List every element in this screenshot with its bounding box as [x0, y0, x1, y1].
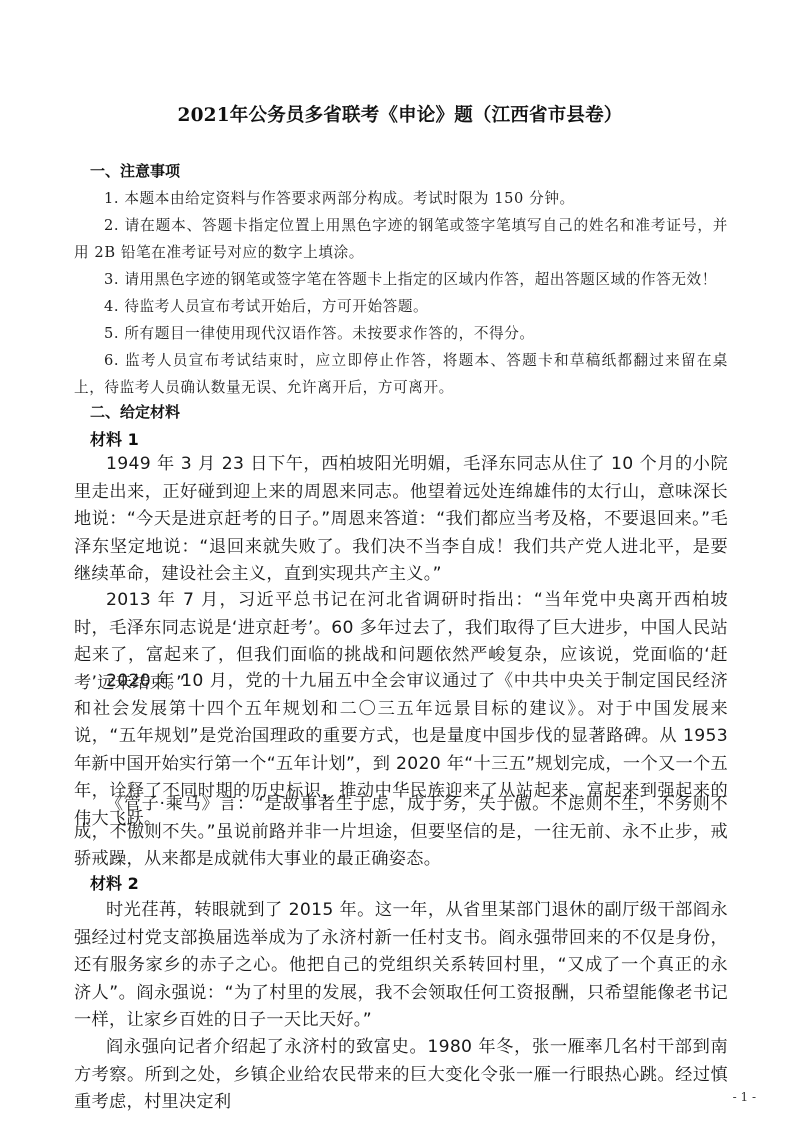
material-1-heading: 材料 1: [90, 427, 139, 450]
note-item-1: 1. 本题本由给定资料与作答要求两部分构成。考试时限为 150 分钟。: [74, 185, 728, 212]
note-item-2: 2. 请在题本、答题卡指定位置上用黑色字迹的钢笔或签字笔填写自己的姓名和准考证号…: [74, 212, 728, 266]
material-2-heading: 材料 2: [90, 871, 139, 894]
page-number: - 1 -: [733, 1090, 756, 1104]
note-item-4: 4. 待监考人员宣布考试开始后，方可开始答题。: [74, 293, 728, 320]
material-2-paragraph-1: 时光荏苒，转眼就到了 2015 年。这一年，从省里某部门退休的副厅级干部阎永强经…: [74, 897, 728, 1035]
material-1-paragraph-1: 1949 年 3 月 23 日下午，西柏坡阳光明媚，毛泽东同志从住了 10 个月…: [74, 451, 728, 589]
section-heading-notes: 一、注意事项: [90, 160, 180, 181]
document-page: 2021年公务员多省联考《申论》题（江西省市县卷） 一、注意事项 1. 本题本由…: [0, 0, 800, 1131]
note-item-5: 5. 所有题目一律使用现代汉语作答。未按要求作答的，不得分。: [74, 320, 728, 347]
material-2-paragraph-2: 阎永强向记者介绍起了永济村的致富史。1980 年冬，张一雁率几名村干部到南方考察…: [74, 1034, 728, 1117]
material-1-paragraph-4: 《管子·乘马》言：“是故事者生于虑，成于务，失于傲。不虑则不生，不务则不成，不傲…: [74, 791, 728, 874]
note-item-3: 3. 请用黑色字迹的钢笔或签字笔在答题卡上指定的区域内作答，超出答题区域的作答无…: [74, 266, 728, 293]
note-item-6: 6. 监考人员宣布考试结束时，应立即停止作答，将题本、答题卡和草稿纸都翻过来留在…: [74, 347, 728, 401]
document-title: 2021年公务员多省联考《申论》题（江西省市县卷）: [0, 101, 800, 127]
section-heading-materials: 二、给定材料: [90, 401, 180, 422]
